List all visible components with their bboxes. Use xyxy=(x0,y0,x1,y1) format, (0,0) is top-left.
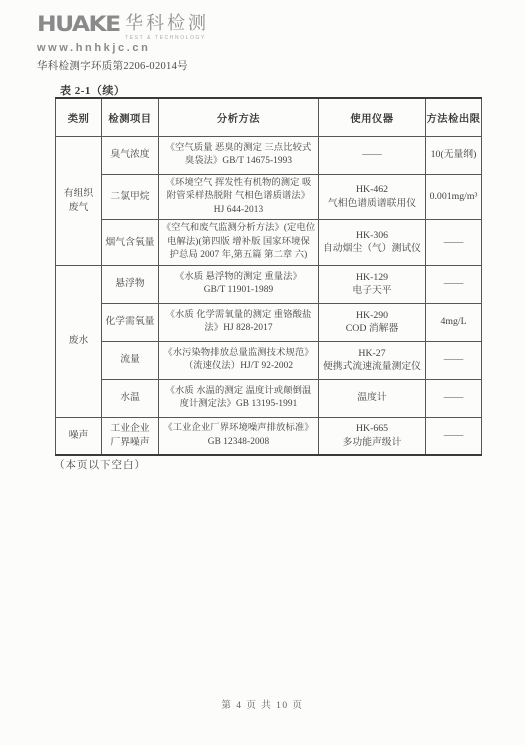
limit-cell: —— xyxy=(426,341,482,379)
instrument-cell: 温度计 xyxy=(319,379,426,417)
item-cell: 悬浮物 xyxy=(102,265,159,303)
limit-cell: —— xyxy=(426,220,482,266)
limit-cell: 0.001mg/m³ xyxy=(426,174,482,220)
method-cell: 《空气质量 恶臭的测定 三点比较式 臭袋法》GB/T 14675-1993 xyxy=(159,136,319,174)
test-methods-table: 类别检测项目分析方法使用仪器方法检出限 有组织 废气臭气浓度《空气质量 恶臭的测… xyxy=(55,97,482,456)
column-header: 方法检出限 xyxy=(426,98,482,136)
instrument-cell: HK-665 多功能声级计 xyxy=(319,417,426,455)
item-cell: 流量 xyxy=(102,341,159,379)
table-row: 化学需氧量《水质 化学需氧量的测定 重铬酸盐 法》HJ 828-2017HK-2… xyxy=(56,303,482,341)
table-header: 类别检测项目分析方法使用仪器方法检出限 xyxy=(56,98,482,136)
header-row: 类别检测项目分析方法使用仪器方法检出限 xyxy=(56,98,482,136)
item-cell: 二氯甲烷 xyxy=(102,174,159,220)
logo-chinese-name: 华科检测 xyxy=(125,13,209,34)
column-header: 使用仪器 xyxy=(319,98,426,136)
table-row: 废水悬浮物《水质 悬浮物的测定 重量法》 GB/T 11901-1989HK-1… xyxy=(56,265,482,303)
instrument-cell: HK-129 电子天平 xyxy=(319,265,426,303)
method-cell: 《工业企业厂界环境噪声排放标准》 GB 12348-2008 xyxy=(159,417,319,455)
limit-cell: —— xyxy=(426,417,482,455)
logo-tagline: TEST & TECHNOLOGY xyxy=(125,35,209,41)
item-cell: 水温 xyxy=(102,379,159,417)
method-cell: 《环境空气 挥发性有机物的测定 吸 附管采样热脱附 气相色谱质谱法》 HJ 64… xyxy=(159,174,319,220)
table-row: 二氯甲烷《环境空气 挥发性有机物的测定 吸 附管采样热脱附 气相色谱质谱法》 H… xyxy=(56,174,482,220)
logo-row: HUAKE 华科检测 TEST & TECHNOLOGY xyxy=(37,13,209,41)
category-cell: 噪声 xyxy=(56,417,102,455)
limit-cell: 4mg/L xyxy=(426,303,482,341)
method-cell: 《空气和废气监测分析方法》(定电位 电解法)(第四版 增补版 国家环境保 护总局… xyxy=(159,220,319,266)
limit-cell: 10(无量纲) xyxy=(426,136,482,174)
method-cell: 《水质 化学需氧量的测定 重铬酸盐 法》HJ 828-2017 xyxy=(159,303,319,341)
company-logo: HUAKE 华科检测 TEST & TECHNOLOGY www.hnhkjc.… xyxy=(37,13,209,54)
huake-logo-icon: HUAKE xyxy=(37,13,120,36)
table-row: 烟气含氧量《空气和废气监测分析方法》(定电位 电解法)(第四版 增补版 国家环境… xyxy=(56,220,482,266)
report-page: HUAKE 华科检测 TEST & TECHNOLOGY www.hnhkjc.… xyxy=(0,0,525,745)
column-header: 分析方法 xyxy=(159,98,319,136)
table-row: 流量《水污染物排放总量监测技术规范》 （流速仪法）HJ/T 92-2002HK-… xyxy=(56,341,482,379)
item-cell: 工业企业 厂界噪声 xyxy=(102,417,159,455)
instrument-cell: HK-27 便携式流速流量测定仪 xyxy=(319,341,426,379)
table-row: 水温《水质 水温的测定 温度计或颠倒温 度计测定法》GB 13195-1991温… xyxy=(56,379,482,417)
limit-cell: —— xyxy=(426,379,482,417)
item-cell: 烟气含氧量 xyxy=(102,220,159,266)
company-website: www.hnhkjc.cn xyxy=(37,42,209,54)
category-cell: 废水 xyxy=(56,265,102,417)
table-body: 有组织 废气臭气浓度《空气质量 恶臭的测定 三点比较式 臭袋法》GB/T 146… xyxy=(56,136,482,455)
column-header: 检测项目 xyxy=(102,98,159,136)
blank-page-note: （本页以下空白） xyxy=(54,457,146,472)
table-title: 表 2-1（续） xyxy=(60,82,125,98)
column-header: 类别 xyxy=(56,98,102,136)
limit-cell: —— xyxy=(426,265,482,303)
instrument-cell: HK-290 COD 消解器 xyxy=(319,303,426,341)
category-cell: 有组织 废气 xyxy=(56,136,102,265)
method-cell: 《水质 悬浮物的测定 重量法》 GB/T 11901-1989 xyxy=(159,265,319,303)
logo-cn-block: 华科检测 TEST & TECHNOLOGY xyxy=(125,13,209,41)
document-number: 华科检测字环质第2206-02014号 xyxy=(37,58,188,73)
method-cell: 《水质 水温的测定 温度计或颠倒温 度计测定法》GB 13195-1991 xyxy=(159,379,319,417)
method-cell: 《水污染物排放总量监测技术规范》 （流速仪法）HJ/T 92-2002 xyxy=(159,341,319,379)
item-cell: 化学需氧量 xyxy=(102,303,159,341)
table-row: 噪声工业企业 厂界噪声《工业企业厂界环境噪声排放标准》 GB 12348-200… xyxy=(56,417,482,455)
instrument-cell: HK-462 气相色谱质谱联用仪 xyxy=(319,174,426,220)
page-number: 第 4 页 共 10 页 xyxy=(0,697,525,711)
item-cell: 臭气浓度 xyxy=(102,136,159,174)
instrument-cell: —— xyxy=(319,136,426,174)
table-row: 有组织 废气臭气浓度《空气质量 恶臭的测定 三点比较式 臭袋法》GB/T 146… xyxy=(56,136,482,174)
instrument-cell: HK-306 自动烟尘（气）测试仪 xyxy=(319,220,426,266)
